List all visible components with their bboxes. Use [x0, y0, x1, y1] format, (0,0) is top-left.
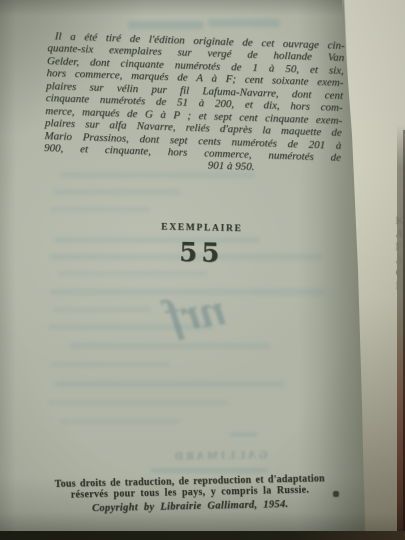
copy-number-block: EXEMPLAIRE 55: [48, 220, 355, 271]
nrf-monogram-showthrough: nrf: [142, 275, 251, 358]
photo-bottom-shadow: [0, 531, 405, 540]
ghost-text-streak: [58, 271, 208, 276]
limitation-statement: Il a été tiré de l'édition originale de …: [43, 30, 344, 177]
book-page-photo: nrf GALLIMARD Il a été tiré de l'édition…: [0, 0, 405, 540]
ghost-text-streak: [208, 19, 280, 27]
ghost-text-streak: [50, 362, 170, 367]
copy-number: 55: [48, 235, 355, 271]
ghost-text-streak: [128, 21, 204, 29]
ghost-text-streak: [60, 419, 180, 424]
ghost-text-streak: [50, 207, 150, 212]
ghost-text-streak: [53, 307, 151, 312]
ghost-text-streak: [60, 172, 255, 178]
ghost-rule-streak: [230, 433, 257, 436]
ghost-text-streak: [55, 381, 285, 387]
limitation-page: nrf GALLIMARD Il a été tiré de l'édition…: [0, 0, 405, 540]
ink-speck: [333, 491, 339, 497]
rights-notice: Tous droits de traduction, de reproducti…: [22, 472, 359, 515]
ghost-text-streak: [48, 400, 228, 405]
book-fore-edge: [397, 0, 405, 540]
ghost-address-streak: [150, 468, 268, 473]
gallimard-showthrough: GALLIMARD: [138, 449, 302, 464]
ghost-text-streak: [53, 189, 181, 195]
